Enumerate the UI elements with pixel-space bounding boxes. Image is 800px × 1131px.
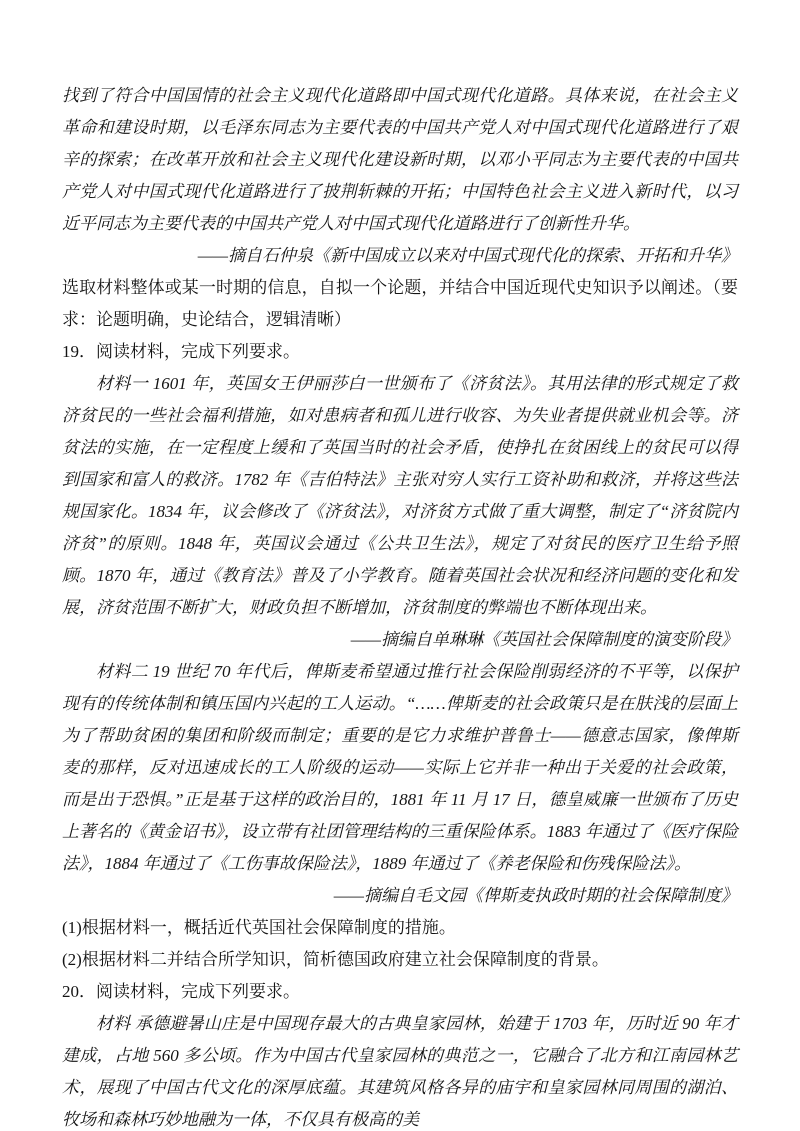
source-attribution-shan-linlin: ——摘编自单琳琳《英国社会保障制度的演变阶段》 <box>62 624 738 656</box>
source-attribution-mao-wenyuan: ——摘编自毛文园《俾斯麦执政时期的社会保障制度》 <box>62 880 738 912</box>
exam-paper-page: 找到了符合中国国情的社会主义现代化道路即中国式现代化道路。具体来说，在社会主义革… <box>0 0 800 1131</box>
material-one-british-poor-law: 材料一 1601 年，英国女王伊丽莎白一世颁布了《济贫法》。其用法律的形式规定了… <box>62 368 738 624</box>
question-20-header: 20．阅读材料，完成下列要求。 <box>62 976 738 1008</box>
material-paragraph-chinese-modernization: 找到了符合中国国情的社会主义现代化道路即中国式现代化道路。具体来说，在社会主义革… <box>62 80 738 240</box>
material-chengde-mountain-resort: 材料 承德避暑山庄是中国现存最大的古典皇家园林，始建于 1703 年，历时近 9… <box>62 1008 738 1131</box>
question-19-sub-question-2: (2)根据材料二并结合所学知识，简析德国政府建立社会保障制度的背景。 <box>62 944 738 976</box>
question-19-sub-question-1: (1)根据材料一，概括近代英国社会保障制度的措施。 <box>62 912 738 944</box>
material-two-bismarck-social-insurance: 材料二 19 世纪 70 年代后，俾斯麦希望通过推行社会保险削弱经济的不平等，以… <box>62 656 738 880</box>
question-19-header: 19．阅读材料，完成下列要求。 <box>62 336 738 368</box>
essay-question-stem: 选取材料整体或某一时期的信息，自拟一个论题，并结合中国近现代史知识予以阐述。（要… <box>62 272 738 336</box>
source-attribution-shi-zhongquan: ——摘自石仲泉《新中国成立以来对中国式现代化的探索、开拓和升华》 <box>62 240 738 272</box>
